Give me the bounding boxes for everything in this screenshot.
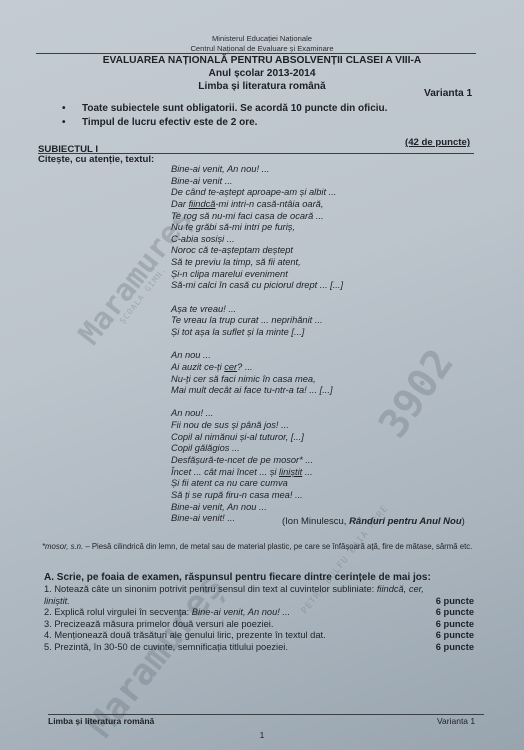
poem-line: C-abia sosiși ... xyxy=(171,234,343,246)
section-points: (42 de puncte) xyxy=(405,137,470,148)
poem-line: Dar fiindcă-mi intri-n casă-ntâia oară, xyxy=(171,199,343,211)
poem-line: Desfășură-te-ncet de pe mosor* ... xyxy=(171,455,343,467)
underlined-word: liniștit xyxy=(279,467,302,477)
poem-title: Rânduri pentru Anul Nou xyxy=(349,516,462,527)
footnote: *mosor, s.n. – Piesă cilindrică din lemn… xyxy=(42,541,482,552)
poem-line: Noroc că te-așteptam deștept xyxy=(171,245,343,257)
poem-line: An nou! ... xyxy=(171,408,343,420)
ministry-name: Ministerul Educației Naționale xyxy=(0,34,524,43)
poem-line: Nu te grăbi să-mi intri pe furiș, xyxy=(171,222,343,234)
underlined-word: cer xyxy=(224,362,237,372)
poem-attribution: (Ion Minulescu, Rânduri pentru Anul Nou) xyxy=(282,516,465,527)
footer-subject: Limba și literatura română xyxy=(48,716,154,726)
school-year: Anul școlar 2013-2014 xyxy=(0,68,524,79)
question-points: 6 puncte xyxy=(436,642,474,652)
poem-line: An nou ... xyxy=(171,350,343,362)
poem-line: Copil al nimănui și-al tuturor, [...] xyxy=(171,432,343,444)
question-1-cont: liniștit.6 puncte xyxy=(44,596,474,608)
poem-line: Bine-ai venit, An nou ... xyxy=(171,502,343,514)
poem-line: Și tot așa la suflet și la minte [...] xyxy=(171,327,343,339)
poem-line: Fii nou de sus și până jos! ... xyxy=(171,420,343,432)
question-1: 1. Notează câte un sinonim potrivit pent… xyxy=(44,584,474,596)
question-2: 2. Explică rolul virgulei în secvența: B… xyxy=(44,607,474,619)
read-prompt: Citește, cu atenție, textul: xyxy=(38,154,154,165)
poem-line: Bine-ai venit ... xyxy=(171,176,343,188)
question-list: 1. Notează câte un sinonim potrivit pent… xyxy=(44,584,474,653)
question-4: 4. Menționează două trăsături ale genulu… xyxy=(44,630,474,642)
page-number: 1 xyxy=(0,730,524,740)
question-5: 5. Prezintă, în 30-50 de cuvinte, semnif… xyxy=(44,642,474,654)
variant-label: Varianta 1 xyxy=(424,88,472,99)
poem-line: Te rog să nu-mi faci casa de ocară ... xyxy=(171,211,343,223)
instructions-list: •Toate subiectele sunt obligatorii. Se a… xyxy=(62,103,387,131)
question-points: 6 puncte xyxy=(436,630,474,640)
instruction-item: •Timpul de lucru efectiv este de 2 ore. xyxy=(62,117,387,131)
question-points: 6 puncte xyxy=(436,619,474,629)
underlined-word: fiindcă xyxy=(189,199,216,209)
watermark-code: 3902 xyxy=(370,341,463,446)
part-a-heading: A. Scrie, pe foaia de examen, răspunsul … xyxy=(44,572,431,583)
poem-line: Nu-ți cer să faci nimic în casa mea, xyxy=(171,374,343,386)
poem-line: Să-mi calci în casă cu piciorul drept ..… xyxy=(171,280,343,292)
poem-line: Să ți se rupă firu-n casa mea! ... xyxy=(171,490,343,502)
footer-variant: Varianta 1 xyxy=(437,716,475,726)
poem-line: Te vreau la trup curat ... neprihănit ..… xyxy=(171,315,343,327)
instruction-item: •Toate subiectele sunt obligatorii. Se a… xyxy=(62,103,387,117)
poem-line: Bine-ai venit, An nou! ... xyxy=(171,164,343,176)
poem: Bine-ai venit, An nou! ...Bine-ai venit … xyxy=(171,164,343,525)
question-points: 6 puncte xyxy=(436,596,474,606)
question-3: 3. Precizează măsura primelor două versu… xyxy=(44,619,474,631)
poem-line: Să te previu la timp, să fii atent, xyxy=(171,257,343,269)
watermark-school-left: ȘCOALA GIMN. xyxy=(118,265,168,326)
poem-line: Mai mult decât ai face tu-ntr-a ta! ... … xyxy=(171,385,343,397)
poem-line: Copil gălăgios ... xyxy=(171,443,343,455)
poem-line: Și fii atent ca nu care cumva xyxy=(171,478,343,490)
poem-line: De când te-aștept aproape-am și albit ..… xyxy=(171,187,343,199)
exam-title: EVALUAREA NAȚIONALĂ PENTRU ABSOLVENȚII C… xyxy=(0,55,524,66)
header-divider xyxy=(36,53,476,54)
poem-line: Și-n clipa marelui eveniment xyxy=(171,269,343,281)
poem-line: Încet ... cât mai încet ... și liniștit … xyxy=(171,467,343,479)
question-points: 6 puncte xyxy=(436,607,474,617)
footer-divider xyxy=(48,714,484,715)
center-name: Centrul Național de Evaluare și Examinar… xyxy=(0,44,524,53)
poem-line: Așa te vreau! ... xyxy=(171,304,343,316)
poem-line: Ai auzit ce-ți cer? ... xyxy=(171,362,343,374)
